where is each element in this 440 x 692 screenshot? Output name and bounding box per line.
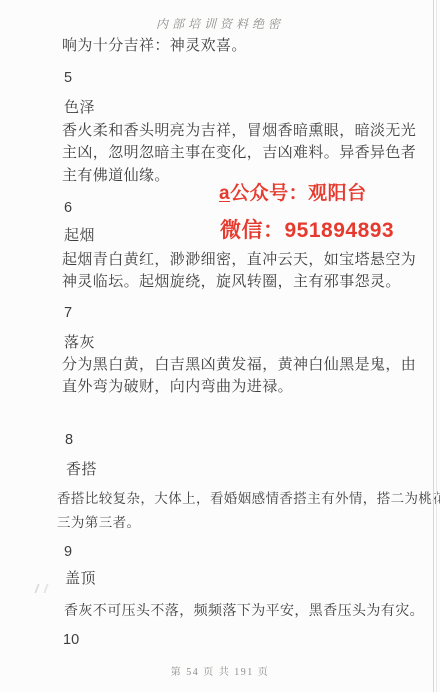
section-title-gaiding: 盖顶 xyxy=(65,571,96,586)
section-title-seze: 色泽 xyxy=(64,100,95,115)
scan-smudge-artifact xyxy=(34,584,48,593)
body-text-line: 直外弯为破财，向内弯曲为进禄。 xyxy=(62,379,293,394)
page-number-footer: 第 54 页 共 191 页 xyxy=(0,668,440,678)
watermark-account-text: 公众号：观阳台 xyxy=(230,183,367,204)
section-number-10: 10 xyxy=(63,633,79,648)
body-text-line: 香搭比较复杂，大体上，看婚姻感情香搭主有外情，搭二为桃花，搭 xyxy=(57,492,440,506)
body-text-line: 主有佛道仙缘。 xyxy=(62,168,170,183)
page-edge-shadow xyxy=(436,0,437,692)
body-text-line: 香火柔和香头明亮为吉祥，冒烟香暗熏眼，暗淡无光 xyxy=(62,123,416,138)
body-text-line: 响为十分吉祥：神灵欢喜。 xyxy=(62,38,247,53)
page-edge-line xyxy=(433,0,434,692)
body-text-line: 起烟青白黄红，渺渺细密，直冲云天，如宝塔悬空为 xyxy=(62,252,416,267)
watermark-public-account: a公众号：观阳台 xyxy=(219,184,367,203)
section-number-6: 6 xyxy=(64,201,72,216)
watermark-wechat: 微信：951894893 xyxy=(220,220,394,241)
watermark-prefix-a: a xyxy=(219,183,230,204)
document-page: 内部培训资料绝密 响为十分吉祥：神灵欢喜。 5 色泽 香火柔和香头明亮为吉祥，冒… xyxy=(0,0,440,692)
section-title-xiangda: 香搭 xyxy=(66,462,97,477)
body-text-line: 主凶，忽明忽暗主事在变化，吉凶难料。异香异色者 xyxy=(62,145,416,160)
confidential-header-watermark: 内部培训资料绝密 xyxy=(0,18,440,30)
body-text-line: 香灰不可压头不落，频频落下为平安，黑香压头为有灾。 xyxy=(64,603,424,617)
section-number-9: 9 xyxy=(64,545,72,560)
body-text-line: 神灵临坛。起烟旋绕，旋风转圈，主有邪事怨灵。 xyxy=(62,274,401,289)
section-number-8: 8 xyxy=(65,433,73,448)
section-number-5: 5 xyxy=(64,71,72,86)
section-number-7: 7 xyxy=(64,306,72,321)
body-text-line: 三为第三者。 xyxy=(57,516,140,530)
section-title-qiyan: 起烟 xyxy=(64,228,95,243)
section-title-luohui: 落灰 xyxy=(64,335,95,350)
body-text-line: 分为黑白黄，白吉黑凶黄发福，黄神白仙黑是鬼，由 xyxy=(62,357,416,372)
